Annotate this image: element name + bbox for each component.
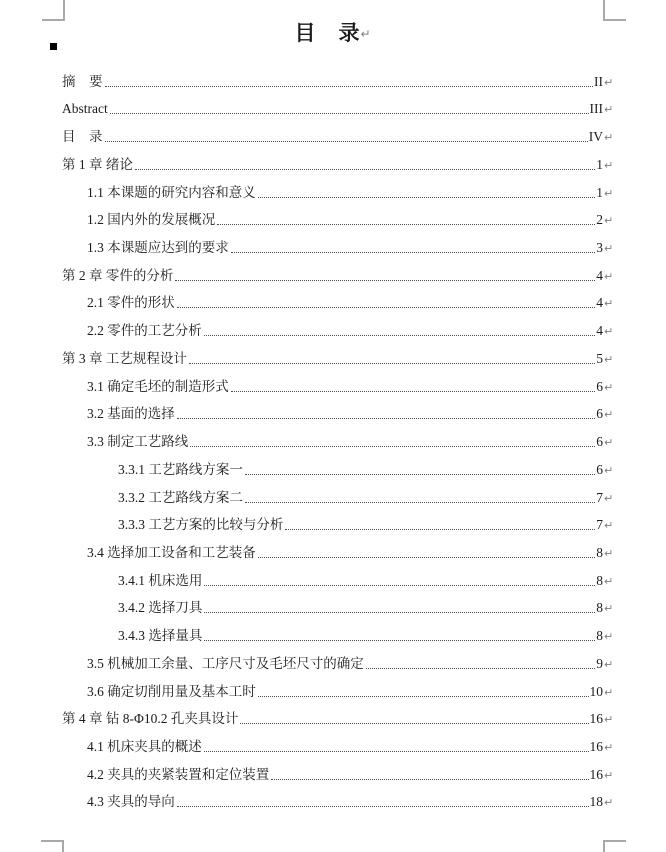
toc-entry[interactable]: 目 录 IV ↵	[62, 122, 615, 150]
paragraph-mark-icon: ↵	[604, 159, 615, 178]
page-number: 6	[596, 406, 603, 427]
dot-leader	[177, 418, 596, 419]
dot-leader	[245, 474, 595, 475]
dot-leader	[245, 502, 595, 503]
paragraph-mark-icon: ↵	[604, 547, 615, 566]
paragraph-mark-icon: ↵	[604, 187, 615, 206]
toc-entry[interactable]: 4.2 夹具的夹紧装置和定位装置 16 ↵	[62, 760, 615, 788]
page-number: 2	[596, 212, 603, 233]
page-number: 8	[596, 628, 603, 649]
toc-entry[interactable]: 4.1 机床夹具的概述 16 ↵	[62, 732, 615, 760]
dot-leader	[105, 141, 588, 142]
crop-mark-bottom-left	[41, 840, 64, 852]
dot-leader	[204, 335, 596, 336]
black-square-formatting-mark	[50, 43, 57, 50]
paragraph-mark-icon: ↵	[604, 325, 615, 344]
toc-entry[interactable]: 1.3 本课题应达到的要求 3 ↵	[62, 233, 615, 261]
toc-entry-label: 1.2 国内外的发展概况	[87, 208, 215, 233]
toc-entry-label: 3.4 选择加工设备和工艺装备	[87, 541, 256, 566]
page-title-row: 目 录↵	[62, 17, 603, 47]
toc-entry-label: 3.4.2 选择刀具	[118, 596, 202, 621]
toc-entry-label: 目 录	[62, 125, 103, 150]
toc-entry[interactable]: 3.5 机械加工余量、工序尺寸及毛坯尺寸的确定 9 ↵	[62, 649, 615, 677]
paragraph-mark-icon: ↵	[604, 686, 615, 705]
dot-leader	[204, 612, 595, 613]
toc-entry[interactable]: 3.3 制定工艺路线 6 ↵	[62, 427, 615, 455]
toc-entry-label: 3.1 确定毛坯的制造形式	[87, 375, 229, 400]
toc-entry-label: 2.2 零件的工艺分析	[87, 319, 202, 344]
toc-entry-label: 3.6 确定切削用量及基本工时	[87, 680, 256, 705]
page-number: 4	[596, 295, 603, 316]
dot-leader	[231, 252, 596, 253]
dot-leader	[177, 307, 596, 308]
dot-leader	[204, 640, 595, 641]
dot-leader	[175, 280, 595, 281]
toc-entry-label: 3.4.1 机床选用	[118, 569, 202, 594]
paragraph-mark-icon: ↵	[604, 658, 615, 677]
paragraph-mark-icon: ↵	[604, 519, 615, 538]
toc-entry-label: 3.5 机械加工余量、工序尺寸及毛坯尺寸的确定	[87, 652, 364, 677]
toc-entry-label: 3.3 制定工艺路线	[87, 430, 188, 455]
dot-leader	[105, 86, 594, 87]
paragraph-mark-icon: ↵	[604, 131, 615, 150]
dot-leader	[217, 224, 595, 225]
page-number: 1	[596, 157, 603, 178]
paragraph-mark-icon: ↵	[604, 741, 615, 760]
toc-entry[interactable]: 3.4.3 选择量具 8 ↵	[62, 621, 615, 649]
toc-entry-label: 3.3.1 工艺路线方案一	[118, 458, 243, 483]
toc-entry-label: 4.3 夹具的导向	[87, 790, 175, 815]
dot-leader	[258, 197, 596, 198]
dot-leader	[110, 113, 589, 114]
toc-entry[interactable]: 摘 要 II ↵	[62, 67, 615, 95]
page-number: 4	[596, 268, 603, 289]
toc-entry-label: 第 3 章 工艺规程设计	[62, 347, 187, 372]
toc-entry-label: 4.1 机床夹具的概述	[87, 735, 202, 760]
dot-leader	[271, 779, 588, 780]
toc-entry[interactable]: 第 3 章 工艺规程设计 5 ↵	[62, 344, 615, 372]
page-title: 目 录	[294, 21, 360, 45]
paragraph-mark-icon: ↵	[604, 630, 615, 649]
toc-entry-label: 第 2 章 零件的分析	[62, 264, 173, 289]
toc-entry[interactable]: 3.1 确定毛坯的制造形式 6 ↵	[62, 372, 615, 400]
toc-entry-label: 3.2 基面的选择	[87, 402, 175, 427]
toc-entry-label: 摘 要	[62, 70, 103, 95]
paragraph-mark-icon: ↵	[604, 769, 615, 788]
toc-entry[interactable]: 3.4.2 选择刀具 8 ↵	[62, 594, 615, 622]
toc-entry-label: Abstract	[62, 101, 108, 122]
toc-entry[interactable]: Abstract III ↵	[62, 95, 615, 123]
paragraph-mark-icon: ↵	[604, 464, 615, 483]
paragraph-mark-icon: ↵	[360, 27, 370, 41]
paragraph-mark-icon: ↵	[604, 713, 615, 732]
page-number: 8	[596, 545, 603, 566]
page-number: 16	[590, 711, 604, 732]
page-number: 5	[596, 351, 603, 372]
dot-leader	[366, 668, 596, 669]
paragraph-mark-icon: ↵	[604, 103, 615, 122]
toc-entry-label: 3.3.3 工艺方案的比较与分析	[118, 513, 283, 538]
dot-leader	[231, 391, 596, 392]
page-number: II	[594, 74, 603, 95]
toc-entry-label: 2.1 零件的形状	[87, 291, 175, 316]
toc-entry[interactable]: 3.3.1 工艺路线方案一 6 ↵	[62, 455, 615, 483]
toc-entry[interactable]: 3.4 选择加工设备和工艺装备 8 ↵	[62, 538, 615, 566]
page-number: 6	[596, 434, 603, 455]
page-number: 1	[596, 185, 603, 206]
dot-leader	[258, 557, 596, 558]
toc-entry[interactable]: 3.2 基面的选择 6 ↵	[62, 400, 615, 428]
toc-entry-label: 3.4.3 选择量具	[118, 624, 202, 649]
page-number: IV	[589, 129, 603, 150]
table-of-contents: 摘 要 II ↵ Abstract III ↵ 目 录 IV ↵ 第 1 章 绪…	[62, 67, 615, 815]
paragraph-mark-icon: ↵	[604, 602, 615, 621]
toc-entry[interactable]: 第 2 章 零件的分析 4 ↵	[62, 261, 615, 289]
toc-entry[interactable]: 3.4.1 机床选用 8 ↵	[62, 566, 615, 594]
dot-leader	[135, 169, 595, 170]
toc-entry[interactable]: 3.3.3 工艺方案的比较与分析 7 ↵	[62, 511, 615, 539]
paragraph-mark-icon: ↵	[604, 353, 615, 372]
paragraph-mark-icon: ↵	[604, 76, 615, 95]
page-number: 16	[590, 767, 604, 788]
paragraph-mark-icon: ↵	[604, 297, 615, 316]
dot-leader	[204, 585, 595, 586]
page-number: 8	[596, 573, 603, 594]
page-number: 6	[596, 379, 603, 400]
toc-entry[interactable]: 3.3.2 工艺路线方案二 7 ↵	[62, 483, 615, 511]
toc-entry[interactable]: 第 1 章 绪论 1 ↵	[62, 150, 615, 178]
page-number: 9	[596, 656, 603, 677]
toc-entry[interactable]: 4.3 夹具的导向 18 ↵	[62, 788, 615, 816]
paragraph-mark-icon: ↵	[604, 408, 615, 427]
page-number: 7	[596, 490, 603, 511]
toc-entry[interactable]: 2.2 零件的工艺分析 4 ↵	[62, 316, 615, 344]
page-number: 7	[596, 517, 603, 538]
paragraph-mark-icon: ↵	[604, 270, 615, 289]
toc-entry[interactable]: 3.6 确定切削用量及基本工时 10 ↵	[62, 677, 615, 705]
toc-entry[interactable]: 1.1 本课题的研究内容和意义 1 ↵	[62, 178, 615, 206]
toc-entry[interactable]: 第 4 章 钻 8-Φ10.2 孔夹具设计 16 ↵	[62, 705, 615, 733]
dot-leader	[177, 806, 589, 807]
page-number: 3	[596, 240, 603, 261]
crop-mark-bottom-right	[603, 840, 626, 852]
toc-entry[interactable]: 1.2 国内外的发展概况 2 ↵	[62, 206, 615, 234]
paragraph-mark-icon: ↵	[604, 436, 615, 455]
toc-entry-label: 3.3.2 工艺路线方案二	[118, 486, 243, 511]
document-page: 目 录↵ 摘 要 II ↵ Abstract III ↵ 目 录 IV ↵ 第 …	[0, 0, 666, 852]
page-number: 10	[590, 684, 604, 705]
paragraph-mark-icon: ↵	[604, 381, 615, 400]
crop-mark-top-right	[603, 0, 626, 21]
page-number: 6	[596, 462, 603, 483]
paragraph-mark-icon: ↵	[604, 492, 615, 511]
paragraph-mark-icon: ↵	[604, 796, 615, 815]
toc-entry-label: 第 1 章 绪论	[62, 153, 133, 178]
toc-entry-label: 1.3 本课题应达到的要求	[87, 236, 229, 261]
dot-leader	[190, 446, 595, 447]
dot-leader	[240, 723, 588, 724]
page-number: 18	[590, 794, 604, 815]
toc-entry-label: 1.1 本课题的研究内容和意义	[87, 181, 256, 206]
dot-leader	[189, 363, 595, 364]
toc-entry-label: 第 4 章 钻 8-Φ10.2 孔夹具设计	[62, 707, 238, 732]
dot-leader	[285, 529, 595, 530]
paragraph-mark-icon: ↵	[604, 214, 615, 233]
toc-entry[interactable]: 2.1 零件的形状 4 ↵	[62, 289, 615, 317]
paragraph-mark-icon: ↵	[604, 575, 615, 594]
toc-entry-label: 4.2 夹具的夹紧装置和定位装置	[87, 763, 269, 788]
page-number: III	[590, 101, 604, 122]
paragraph-mark-icon: ↵	[604, 242, 615, 261]
dot-leader	[258, 696, 589, 697]
page-number: 8	[596, 600, 603, 621]
page-number: 4	[596, 323, 603, 344]
dot-leader	[204, 751, 589, 752]
page-number: 16	[590, 739, 604, 760]
